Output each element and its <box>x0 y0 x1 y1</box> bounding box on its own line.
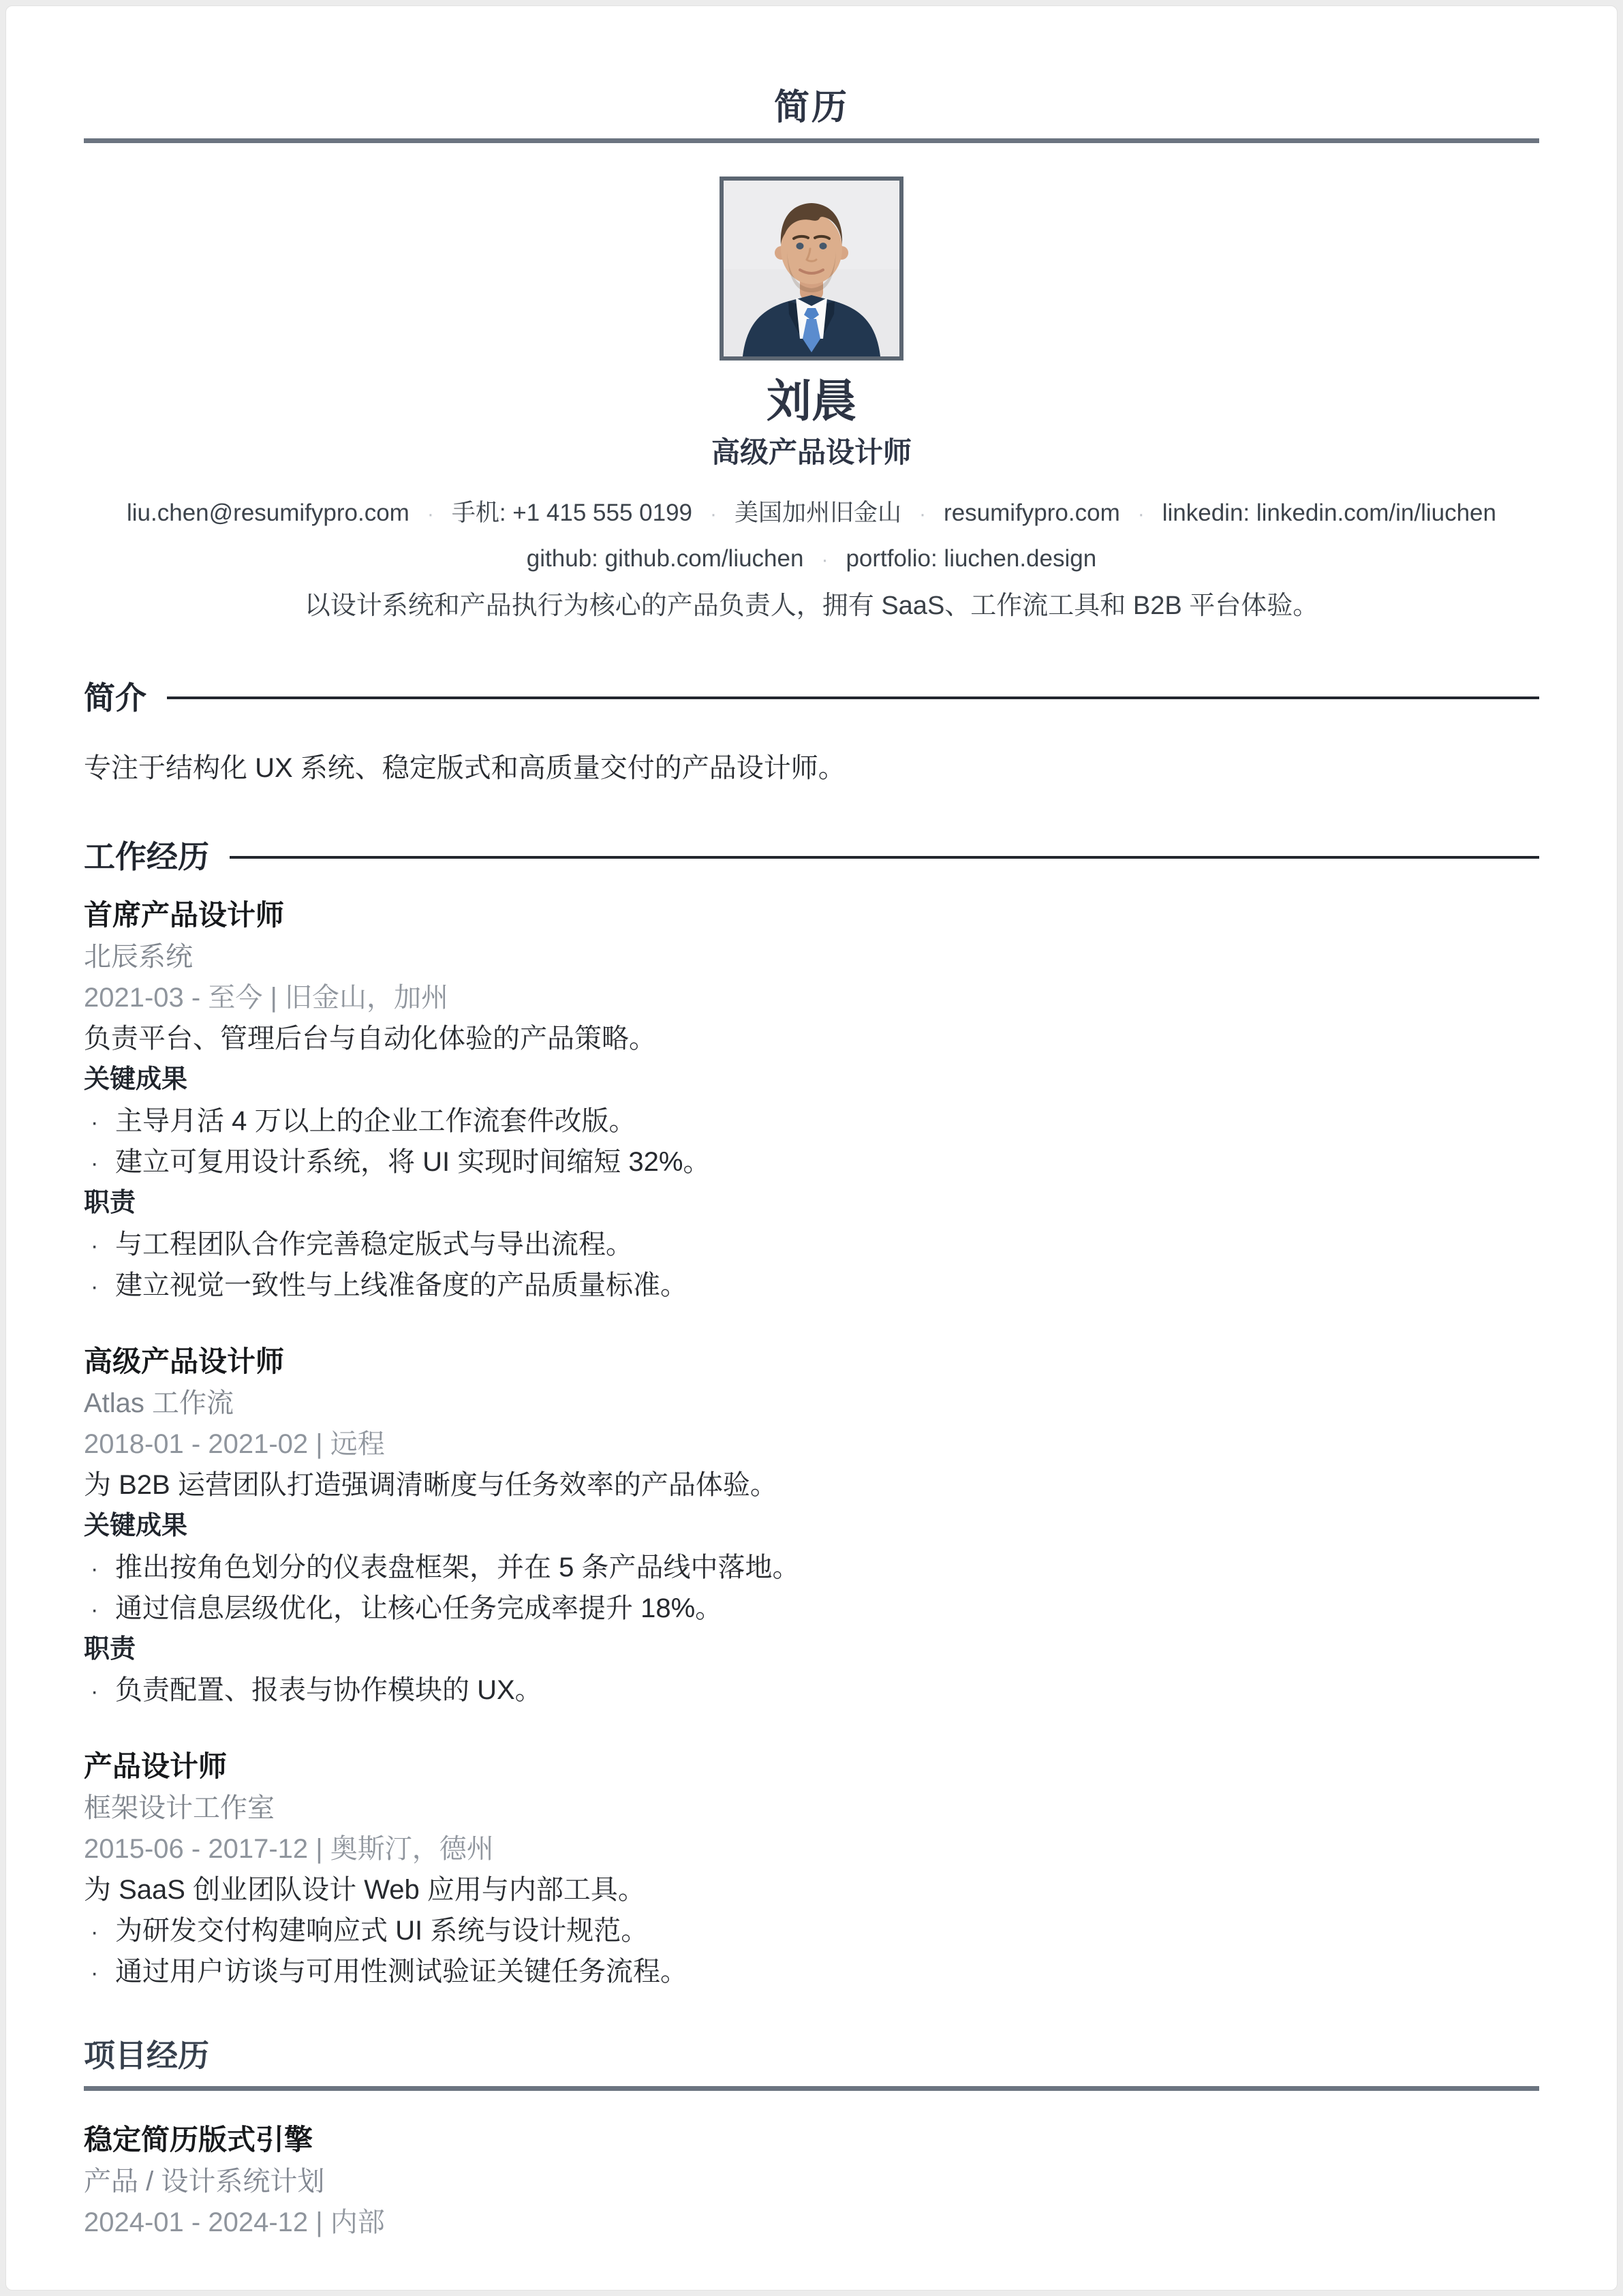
contact-row-1: liu.chen@resumifypro.com · 手机: +1 415 55… <box>84 497 1539 529</box>
job-bullet-text: 为研发交付构建响应式 UI 系统与设计规范。 <box>115 1910 648 1951</box>
section-header-experience: 工作经历 <box>84 838 1539 876</box>
project-meta: 2024-01 - 2024-12 | 内部 <box>84 2202 1539 2243</box>
bullet-icon: · <box>91 1229 115 1264</box>
bullet-icon: · <box>91 1105 115 1140</box>
contact-row-2: github: github.com/liuchen · portfolio: … <box>84 542 1539 575</box>
dot-separator: · <box>919 501 926 529</box>
job-summary: 为 SaaS 创业团队设计 Web 应用与内部工具。 <box>84 1869 1539 1910</box>
section-header-projects: 项目经历 <box>84 2037 1539 2090</box>
bullet-icon: · <box>91 1270 115 1304</box>
bullet-icon: · <box>91 1915 115 1950</box>
duty-item: · 与工程团队合作完善稳定版式与导出流程。 <box>84 1224 1539 1265</box>
duty-text: 与工程团队合作完善稳定版式与导出流程。 <box>115 1224 633 1265</box>
portrait-illustration <box>724 181 899 356</box>
duty-item: · 负责配置、报表与协作模块的 UX。 <box>84 1670 1539 1711</box>
profile-tagline: 以设计系统和产品执行为核心的产品负责人，拥有 SaaS、工作流工具和 B2B 平… <box>84 587 1539 625</box>
section-rule <box>167 697 1539 699</box>
achievement-item: · 推出按角色划分的仪表盘框架，并在 5 条产品线中落地。 <box>84 1547 1539 1588</box>
job-bullet-item: · 为研发交付构建响应式 UI 系统与设计规范。 <box>84 1910 1539 1951</box>
duty-item: · 建立视觉一致性与上线准备度的产品质量标准。 <box>84 1265 1539 1306</box>
achievement-text: 建立可复用设计系统，将 UI 实现时间缩短 32%。 <box>115 1142 710 1182</box>
projects-divider-bar <box>84 2086 1539 2091</box>
document-title: 简历 <box>84 87 1539 129</box>
job-summary: 为 B2B 运营团队打造强调清晰度与任务效率的产品体验。 <box>84 1465 1539 1505</box>
resume-page: 简历 刘晨 高级产品设计师 liu.chen@resu <box>5 5 1618 2291</box>
job-summary: 负责平台、管理后台与自动化体验的产品策略。 <box>84 1018 1539 1059</box>
contact-location: 美国加州旧金山 <box>735 497 901 529</box>
project-subtitle: 产品 / 设计系统计划 <box>84 2161 1539 2202</box>
contact-website: resumifypro.com <box>944 497 1120 529</box>
section-heading-projects: 项目经历 <box>84 2037 1539 2075</box>
job-title: 产品设计师 <box>84 1745 1539 1788</box>
section-heading-experience: 工作经历 <box>84 838 209 876</box>
contact-phone: 手机: +1 415 555 0199 <box>452 497 692 529</box>
dot-separator: · <box>1138 501 1145 529</box>
section-rule <box>230 856 1539 859</box>
job-meta: 2018-01 - 2021-02 | 远程 <box>84 1424 1539 1465</box>
contact-linkedin: linkedin: linkedin.com/in/liuchen <box>1162 497 1496 529</box>
job-bullet-text: 通过用户访谈与可用性测试验证关键任务流程。 <box>115 1951 687 1992</box>
duties-label: 职责 <box>84 1629 1539 1670</box>
contact-portfolio: portfolio: liuchen.design <box>846 542 1096 575</box>
achievement-item: · 通过信息层级优化，让核心任务完成率提升 18%。 <box>84 1588 1539 1629</box>
job-meta: 2021-03 - 至今 | 旧金山，加州 <box>84 977 1539 1018</box>
achievement-text: 推出按角色划分的仪表盘框架，并在 5 条产品线中落地。 <box>115 1547 799 1588</box>
achievements-label: 关键成果 <box>84 1059 1539 1101</box>
title-divider-bar <box>84 138 1539 143</box>
dot-separator: · <box>427 501 434 529</box>
achievement-item: · 建立可复用设计系统，将 UI 实现时间缩短 32%。 <box>84 1142 1539 1182</box>
job-title: 首席产品设计师 <box>84 893 1539 936</box>
bullet-icon: · <box>91 1552 115 1587</box>
dot-separator: · <box>821 547 828 575</box>
bullet-icon: · <box>91 1674 115 1709</box>
job-company: Atlas 工作流 <box>84 1383 1539 1424</box>
achievement-text: 主导月活 4 万以上的企业工作流套件改版。 <box>115 1101 636 1142</box>
job-bullet-item: · 通过用户访谈与可用性测试验证关键任务流程。 <box>84 1951 1539 1992</box>
job-entry: 产品设计师 框架设计工作室 2015-06 - 2017-12 | 奥斯汀，德州… <box>84 1745 1539 1992</box>
section-header-summary: 简介 <box>84 679 1539 717</box>
bullet-icon: · <box>91 1956 115 1991</box>
job-company: 框架设计工作室 <box>84 1788 1539 1828</box>
bullet-icon: · <box>91 1146 115 1181</box>
duties-label: 职责 <box>84 1182 1539 1224</box>
profile-photo <box>720 177 903 361</box>
duty-text: 负责配置、报表与协作模块的 UX。 <box>115 1670 542 1711</box>
person-name: 刘晨 <box>84 374 1539 428</box>
contact-github: github: github.com/liuchen <box>527 542 804 575</box>
project-title: 稳定简历版式引擎 <box>84 2118 1539 2161</box>
achievement-item: · 主导月活 4 万以上的企业工作流套件改版。 <box>84 1101 1539 1142</box>
job-company: 北辰系统 <box>84 936 1539 977</box>
achievement-text: 通过信息层级优化，让核心任务完成率提升 18%。 <box>115 1588 722 1629</box>
section-heading-summary: 简介 <box>84 679 146 717</box>
summary-text: 专注于结构化 UX 系统、稳定版式和高质量交付的产品设计师。 <box>84 748 1539 789</box>
duty-text: 建立视觉一致性与上线准备度的产品质量标准。 <box>115 1265 687 1306</box>
job-title: 高级产品设计师 <box>84 1340 1539 1383</box>
person-title: 高级产品设计师 <box>84 434 1539 472</box>
project-entry: 稳定简历版式引擎 产品 / 设计系统计划 2024-01 - 2024-12 |… <box>84 2118 1539 2243</box>
job-entry: 首席产品设计师 北辰系统 2021-03 - 至今 | 旧金山，加州 负责平台、… <box>84 893 1539 1306</box>
job-entry: 高级产品设计师 Atlas 工作流 2018-01 - 2021-02 | 远程… <box>84 1340 1539 1711</box>
job-meta: 2015-06 - 2017-12 | 奥斯汀，德州 <box>84 1828 1539 1869</box>
achievements-label: 关键成果 <box>84 1505 1539 1547</box>
contact-email: liu.chen@resumifypro.com <box>127 497 409 529</box>
bullet-icon: · <box>91 1593 115 1627</box>
dot-separator: · <box>710 501 717 529</box>
